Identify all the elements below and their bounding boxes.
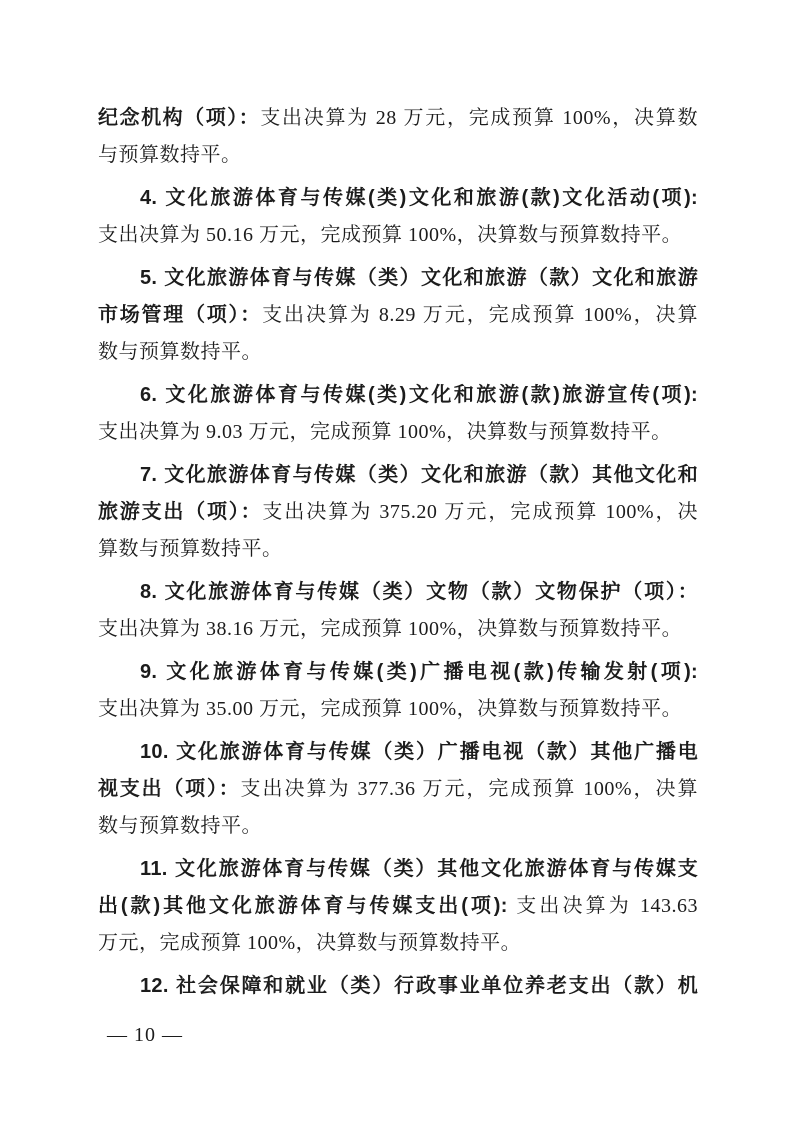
text-line: 数与预算数持平。 — [98, 334, 698, 371]
text-run-bold: 10. 文化旅游体育与传媒（类）广播电视（款）其他广播电 — [140, 741, 698, 763]
text-run-bold: 纪念机构（项）： — [98, 107, 260, 129]
text-line: 支出决算为 50.16 万元，完成预算 100%，决算数与预算数持平。 — [98, 217, 698, 254]
page-number-footer: — 10 — — [107, 1023, 183, 1047]
text-line: 旅游支出（项）：支出决算为 375.20 万元，完成预算 100%，决 — [98, 494, 698, 531]
text-run: 万元，完成预算 100%，决算数与预算数持平。 — [98, 932, 521, 954]
text-run: 支出决算为 377.36 万元，完成预算 100%，决算 — [241, 778, 698, 800]
paragraph-item-10: 10. 文化旅游体育与传媒（类）广播电视（款）其他广播电视支出（项）：支出决算为… — [98, 734, 698, 845]
text-run: 与预算数持平。 — [98, 144, 242, 166]
text-line: 视支出（项）：支出决算为 377.36 万元，完成预算 100%，决算 — [98, 771, 698, 808]
text-line: 8. 文化旅游体育与传媒（类）文物（款）文物保护（项）： — [98, 574, 698, 611]
text-run-bold: 12. 社会保障和就业（类）行政事业单位养老支出（款）机 — [140, 975, 698, 997]
text-line: 市场管理（项）：支出决算为 8.29 万元，完成预算 100%，决算 — [98, 297, 698, 334]
text-line: 5. 文化旅游体育与传媒（类）文化和旅游（款）文化和旅游 — [98, 260, 698, 297]
paragraph-item-11: 11. 文化旅游体育与传媒（类）其他文化旅游体育与传媒支出(款)其他文化旅游体育… — [98, 851, 698, 962]
text-line: 与预算数持平。 — [98, 137, 698, 174]
text-run: 数与预算数持平。 — [98, 815, 262, 837]
text-run: 数与预算数持平。 — [98, 341, 262, 363]
text-run-bold: 6. 文化旅游体育与传媒(类)文化和旅游(款)旅游宣传(项): — [140, 384, 698, 406]
text-line: 万元，完成预算 100%，决算数与预算数持平。 — [98, 925, 698, 962]
paragraph-item-5: 5. 文化旅游体育与传媒（类）文化和旅游（款）文化和旅游市场管理（项）：支出决算… — [98, 260, 698, 371]
text-run: 支出决算为 38.16 万元，完成预算 100%，决算数与预算数持平。 — [98, 618, 682, 640]
text-line: 11. 文化旅游体育与传媒（类）其他文化旅游体育与传媒支 — [98, 851, 698, 888]
text-run-bold: 出(款)其他文化旅游体育与传媒支出(项): — [98, 895, 516, 917]
text-line: 出(款)其他文化旅游体育与传媒支出(项): 支出决算为 143.63 — [98, 888, 698, 925]
text-line: 支出决算为 9.03 万元，完成预算 100%，决算数与预算数持平。 — [98, 414, 698, 451]
text-run-bold: 5. 文化旅游体育与传媒（类）文化和旅游（款）文化和旅游 — [140, 267, 698, 289]
text-line: 支出决算为 38.16 万元，完成预算 100%，决算数与预算数持平。 — [98, 611, 698, 648]
paragraph-item-3-continuation: 纪念机构（项）：支出决算为 28 万元，完成预算 100%，决算数与预算数持平。 — [98, 100, 698, 174]
text-line: 7. 文化旅游体育与传媒（类）文化和旅游（款）其他文化和 — [98, 457, 698, 494]
text-run-bold: 4. 文化旅游体育与传媒(类)文化和旅游(款)文化活动(项): — [140, 187, 698, 209]
paragraph-item-6: 6. 文化旅游体育与传媒(类)文化和旅游(款)旅游宣传(项):支出决算为 9.0… — [98, 377, 698, 451]
text-run-bold: 旅游支出（项）： — [98, 501, 262, 523]
text-run-bold: 视支出（项）： — [98, 778, 241, 800]
text-line: 算数与预算数持平。 — [98, 531, 698, 568]
text-run-bold: 市场管理（项）： — [98, 304, 262, 326]
text-run: 支出决算为 9.03 万元，完成预算 100%，决算数与预算数持平。 — [98, 421, 672, 443]
text-run: 支出决算为 8.29 万元，完成预算 100%，决算 — [262, 304, 698, 326]
text-run: 支出决算为 50.16 万元，完成预算 100%，决算数与预算数持平。 — [98, 224, 682, 246]
text-run: 支出决算为 35.00 万元，完成预算 100%，决算数与预算数持平。 — [98, 698, 682, 720]
paragraph-item-7: 7. 文化旅游体育与传媒（类）文化和旅游（款）其他文化和旅游支出（项）：支出决算… — [98, 457, 698, 568]
text-line: 支出决算为 35.00 万元，完成预算 100%，决算数与预算数持平。 — [98, 691, 698, 728]
document-page: 纪念机构（项）：支出决算为 28 万元，完成预算 100%，决算数与预算数持平。… — [0, 0, 793, 1122]
text-run-bold: 7. 文化旅游体育与传媒（类）文化和旅游（款）其他文化和 — [140, 464, 698, 486]
text-run-bold: 8. 文化旅游体育与传媒（类）文物（款）文物保护（项）： — [140, 581, 698, 603]
text-run: 支出决算为 375.20 万元，完成预算 100%，决 — [262, 501, 698, 523]
text-line: 6. 文化旅游体育与传媒(类)文化和旅游(款)旅游宣传(项): — [98, 377, 698, 414]
text-run: 算数与预算数持平。 — [98, 538, 283, 560]
text-line: 9. 文化旅游体育与传媒(类)广播电视(款)传输发射(项): — [98, 654, 698, 691]
paragraph-item-12: 12. 社会保障和就业（类）行政事业单位养老支出（款）机 — [98, 968, 698, 1005]
paragraph-item-4: 4. 文化旅游体育与传媒(类)文化和旅游(款)文化活动(项):支出决算为 50.… — [98, 180, 698, 254]
text-line: 4. 文化旅游体育与传媒(类)文化和旅游(款)文化活动(项): — [98, 180, 698, 217]
paragraph-item-9: 9. 文化旅游体育与传媒(类)广播电视(款)传输发射(项):支出决算为 35.0… — [98, 654, 698, 728]
text-line: 10. 文化旅游体育与传媒（类）广播电视（款）其他广播电 — [98, 734, 698, 771]
text-run-bold: 11. 文化旅游体育与传媒（类）其他文化旅游体育与传媒支 — [140, 858, 698, 880]
text-line: 12. 社会保障和就业（类）行政事业单位养老支出（款）机 — [98, 968, 698, 1005]
text-line: 纪念机构（项）：支出决算为 28 万元，完成预算 100%，决算数 — [98, 100, 698, 137]
text-run: 支出决算为 143.63 — [516, 895, 698, 917]
text-run: 支出决算为 28 万元，完成预算 100%，决算数 — [260, 107, 698, 129]
text-line: 数与预算数持平。 — [98, 808, 698, 845]
document-body: 纪念机构（项）：支出决算为 28 万元，完成预算 100%，决算数与预算数持平。… — [98, 100, 698, 1005]
paragraph-item-8: 8. 文化旅游体育与传媒（类）文物（款）文物保护（项）：支出决算为 38.16 … — [98, 574, 698, 648]
text-run-bold: 9. 文化旅游体育与传媒(类)广播电视(款)传输发射(项): — [140, 661, 698, 683]
